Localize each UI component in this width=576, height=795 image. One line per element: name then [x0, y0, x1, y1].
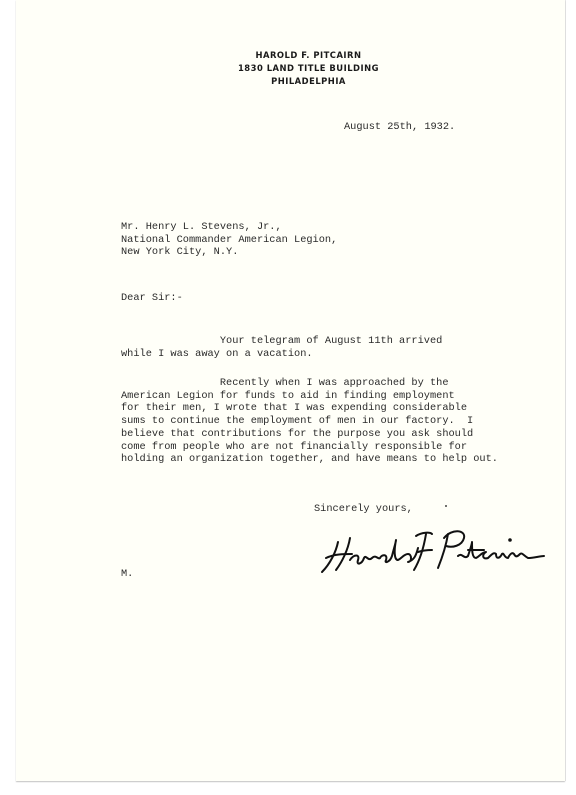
body-paragraph-2: Recently when I was approached by theAme…: [121, 377, 498, 466]
recipient-block: Mr. Henry L. Stevens, Jr.,National Comma…: [121, 221, 337, 259]
recipient-title: National Commander American Legion,: [121, 234, 337, 247]
typist-initials: M.: [121, 568, 133, 581]
body-line: while I was away on a vacation.: [121, 348, 442, 361]
letterhead-city: PHILADELPHIA: [16, 75, 565, 88]
body-line: for their men, I wrote that I was expend…: [121, 402, 498, 415]
body-paragraph-1: Your telegram of August 11th arrivedwhil…: [121, 335, 442, 360]
closing: Sincerely yours,: [314, 503, 413, 516]
signature-icon: [316, 520, 546, 580]
recipient-name: Mr. Henry L. Stevens, Jr.,: [121, 221, 337, 234]
body-line: Recently when I was approached by the: [121, 377, 498, 390]
salutation: Dear Sir:-: [121, 292, 183, 305]
letter-paper: HAROLD F. PITCAIRN 1830 LAND TITLE BUILD…: [16, 0, 565, 781]
body-line: American Legion for funds to aid in find…: [121, 390, 498, 403]
letter-date: August 25th, 1932.: [344, 121, 455, 134]
body-line: believe that contributions for the purpo…: [121, 428, 498, 441]
body-line: Your telegram of August 11th arrived: [121, 335, 442, 348]
letterhead-address: 1830 LAND TITLE BUILDING: [16, 62, 565, 75]
body-line: holding an organization together, and ha…: [121, 453, 498, 466]
ink-speck: [445, 505, 447, 507]
body-line: come from people who are not financially…: [121, 441, 498, 454]
letterhead: HAROLD F. PITCAIRN 1830 LAND TITLE BUILD…: [16, 49, 565, 87]
letterhead-name: HAROLD F. PITCAIRN: [16, 49, 565, 62]
recipient-location: New York City, N.Y.: [121, 246, 337, 259]
body-line: sums to continue the employment of men i…: [121, 415, 498, 428]
